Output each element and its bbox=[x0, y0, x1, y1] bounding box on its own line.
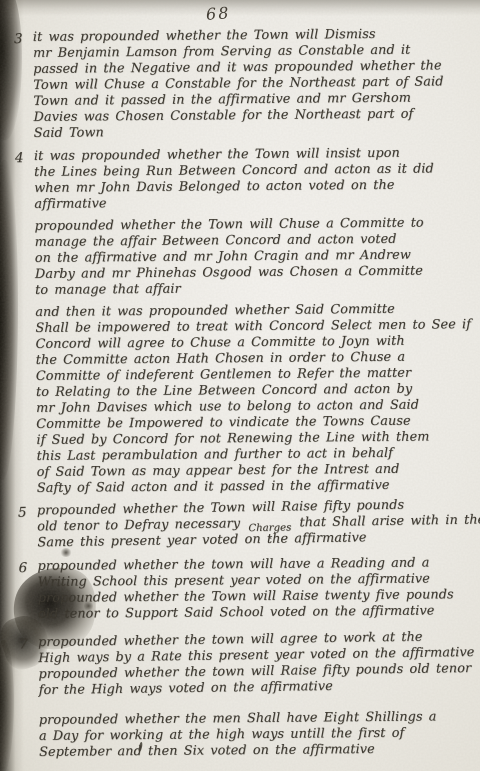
text-line: to manage that affair bbox=[35, 279, 473, 299]
entry-5: 5 propounded whether the Town will Raise… bbox=[37, 497, 476, 552]
paragraph: and then it was propounded whether Said … bbox=[35, 301, 475, 497]
paragraph: propounded whether the Town will Chuse a… bbox=[34, 215, 473, 299]
text-line: Safty of Said acton and it passed in the… bbox=[37, 477, 475, 497]
text-line: old tenor to Support Said School voted o… bbox=[38, 603, 476, 623]
entry-3: 3 it was propounded whether the Town wil… bbox=[33, 26, 472, 142]
page-number: 68 bbox=[205, 3, 231, 24]
paragraph: propounded whether the Town will Raise f… bbox=[37, 497, 476, 552]
paragraph: it was propounded whether the Town will … bbox=[33, 26, 472, 142]
entry-4: 4 it was propounded whether the Town wil… bbox=[34, 145, 475, 497]
margin-number-7: 7 bbox=[19, 636, 28, 652]
paragraph: it was propounded whether the Town will … bbox=[34, 145, 473, 213]
margin-number-6: 6 bbox=[18, 560, 27, 576]
text-segment: that Shall arise with in the bbox=[293, 512, 480, 530]
margin-number-4: 4 bbox=[15, 150, 24, 166]
entry-6: 6 propounded whether the town will have … bbox=[37, 555, 476, 623]
manuscript-page: 68 3 it was propounded whether the Town … bbox=[0, 0, 480, 771]
text-line: affirmative bbox=[34, 193, 472, 213]
paragraph: propounded whether the men Shall have Ei… bbox=[39, 709, 477, 761]
text-line: September and then Six voted on the affi… bbox=[39, 741, 477, 761]
paragraph: propounded whether the town will agree t… bbox=[38, 629, 477, 699]
manuscript-text: 3 it was propounded whether the Town wil… bbox=[33, 22, 477, 761]
entry-7: 7 propounded whether the town will agree… bbox=[38, 629, 477, 699]
scan-top-edge bbox=[0, 0, 480, 16]
entry-final: propounded whether the men Shall have Ei… bbox=[39, 709, 477, 761]
text-line: Said Town bbox=[34, 122, 472, 142]
margin-number-5: 5 bbox=[18, 505, 27, 521]
paragraph: propounded whether the town will have a … bbox=[37, 555, 476, 623]
margin-number-3: 3 bbox=[14, 31, 23, 47]
